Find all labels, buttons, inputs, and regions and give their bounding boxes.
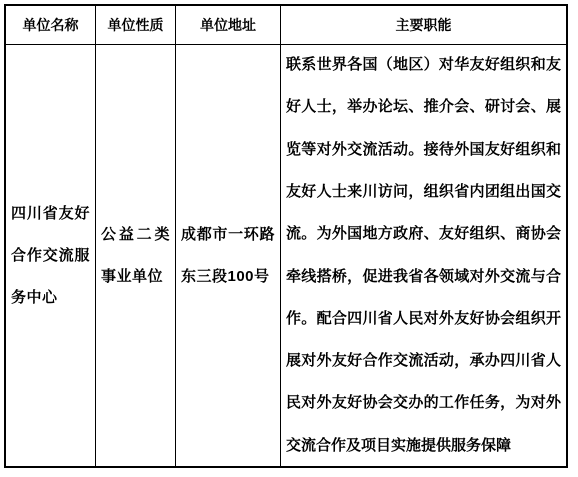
cell-unit-address: 成都市一环路东三段100号 [176, 45, 281, 466]
header-unit-address: 单位地址 [176, 6, 281, 45]
header-unit-name-label: 单位名称 [23, 18, 79, 32]
cell-unit-name: 四川省友好合作交流服务中心 [6, 45, 96, 466]
header-main-functions-label: 主要职能 [396, 18, 452, 32]
header-unit-name: 单位名称 [6, 6, 96, 45]
header-unit-address-label: 单位地址 [200, 18, 256, 32]
unit-name-text: 四川省友好合作交流服务中心 [11, 193, 90, 319]
main-functions-text: 联系世界各国（地区）对华友好组织和友好人士，举办论坛、推介会、研讨会、展览等对外… [286, 45, 561, 466]
header-unit-type-label: 单位性质 [108, 18, 164, 32]
unit-info-table: 单位名称 单位性质 单位地址 主要职能 四川省友好合作交流服务中心 公益二类事业… [4, 4, 568, 468]
unit-type-text: 公益二类事业单位 [101, 214, 170, 298]
unit-address-text: 成都市一环路东三段100号 [181, 214, 275, 298]
header-unit-type: 单位性质 [96, 6, 176, 45]
cell-unit-type: 公益二类事业单位 [96, 45, 176, 466]
header-main-functions: 主要职能 [281, 6, 566, 45]
cell-main-functions: 联系世界各国（地区）对华友好组织和友好人士，举办论坛、推介会、研讨会、展览等对外… [281, 45, 566, 466]
